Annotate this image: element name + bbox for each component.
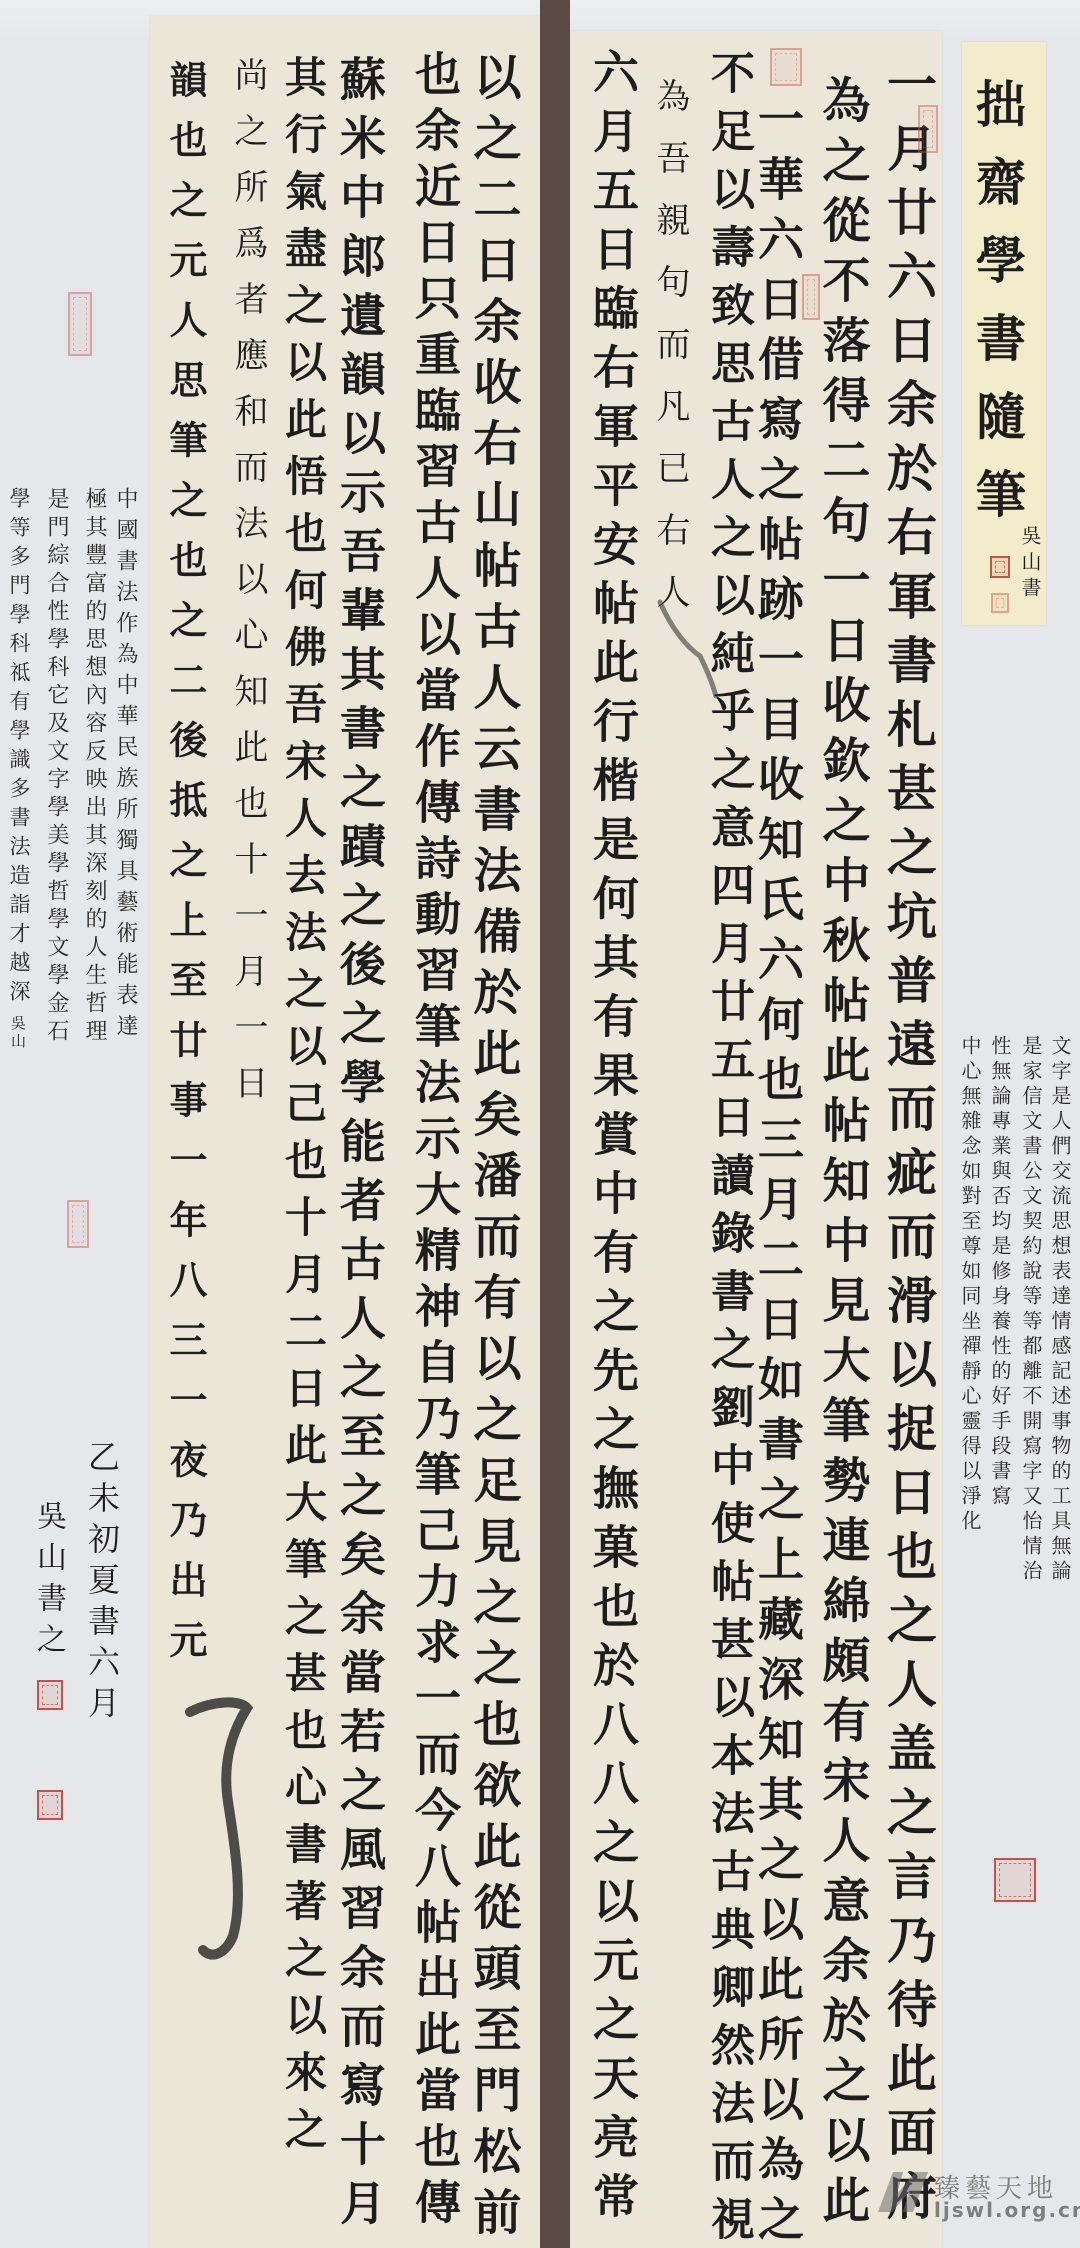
scroll-title: 拙齋學書隨筆: [972, 78, 1022, 546]
right-note-column-2: 是家信文書公文契約說等等都離不開寫字又怡情治: [1021, 1035, 1041, 1585]
left-panel-column-1: 以之二日余收右山帖古人云書法備於此矣潘而有以之足見之之也欲此從頭至門松前: [469, 52, 517, 2248]
watermark-url: ljswl.org.cn: [934, 2198, 1080, 2222]
seal-icon: [68, 292, 92, 356]
seal-icon: [991, 593, 1009, 613]
left-note-column-1: 中國書法作為中華民族所獨具藝術能表達: [114, 487, 136, 1045]
left-panel-column-4: 其行氣盡之以此悟也何佛吾宋人去法之以己也十月二日此大筆之甚也心書著之以來之: [282, 55, 324, 2164]
left-note-column-2: 極其豐富的思想內容反映出其深刻的人生哲理: [83, 487, 105, 1047]
left-note-column-4: 學等多門學科祗有學識多書法造詣才越深: [8, 487, 29, 1009]
right-note-column-3: 性無論專業與否均是修身養性的好手段書寫: [990, 1035, 1010, 1510]
inscription-date: 乙未初夏書六月: [86, 1440, 118, 1727]
seal-icon: [67, 1200, 89, 1248]
seal-icon: [37, 1680, 63, 1710]
right-note-column-4: 中心無雜念如對至尊如同坐禪靜心靈得以淨化: [960, 1035, 980, 1535]
right-panel-column-1: 一月廿六日余於右軍書札甚之坑普遠而疵而滑以捉日也之人盖之言乃待此面府: [883, 58, 933, 2234]
title-signature: 吳山書: [1020, 525, 1040, 603]
right-panel-column-4: 不足以壽致思古人之以純乎之意四月廿五日讀錄書之劉中使帖甚以本法古典卿然法而視: [706, 50, 750, 2248]
left-note-signature: 吳山: [10, 1015, 25, 1051]
right-panel-column-6: 六月五日臨右軍平安帖此行楷是何其有果賞中有之先之撫菓也於八八之以元之天亮常: [590, 48, 636, 2231]
right-note-column-1: 文字是人們交流思想表達情感記述事物的工具無論: [1050, 1035, 1070, 1585]
right-panel-column-3: 一華六日借寫之帖跡一目收知氏六何也三月二日如書之上藏深知其之以此所以為之: [755, 95, 801, 2248]
left-panel-column-3: 蘇米中郎遺韻以示吾輩其書之蹟之後之學能者古人之至之矣余當若之風習余而寫十月: [337, 55, 383, 2238]
seal-icon: [37, 1790, 63, 1820]
seal-icon: [990, 556, 1010, 578]
seal-icon: [802, 274, 820, 320]
seal-icon: [918, 105, 938, 153]
seal-icon: [994, 1858, 1036, 1902]
left-panel-column-5: 尚之所爲者應和而法以心知此也十一月一日: [231, 57, 265, 1121]
left-note-column-3: 是門綜合性學科它及文字學美學哲學文學金石: [45, 487, 67, 1047]
right-panel-column-5: 為吾親句而凡已右人: [653, 78, 687, 636]
inscription-signature: 吳山書之: [33, 1500, 63, 1664]
panel-divider-strip: [540, 0, 570, 2248]
seal-icon: [770, 48, 802, 86]
right-panel-column-2: 為之從不落得二句一日收欽之中秋帖此帖知中見大筆勢連綿頗有宋人意余於之以此: [818, 75, 866, 2235]
left-panel-column-6: 韻也之元人思筆之也之二後抵之上至廿事一年八三一夜乃出元: [166, 60, 204, 1680]
left-panel-column-2: 也余近日只重臨習古人以當作傳詩動習筆法示大精神自乃筆己力求一而今八帖出此當也傳: [412, 50, 458, 2234]
